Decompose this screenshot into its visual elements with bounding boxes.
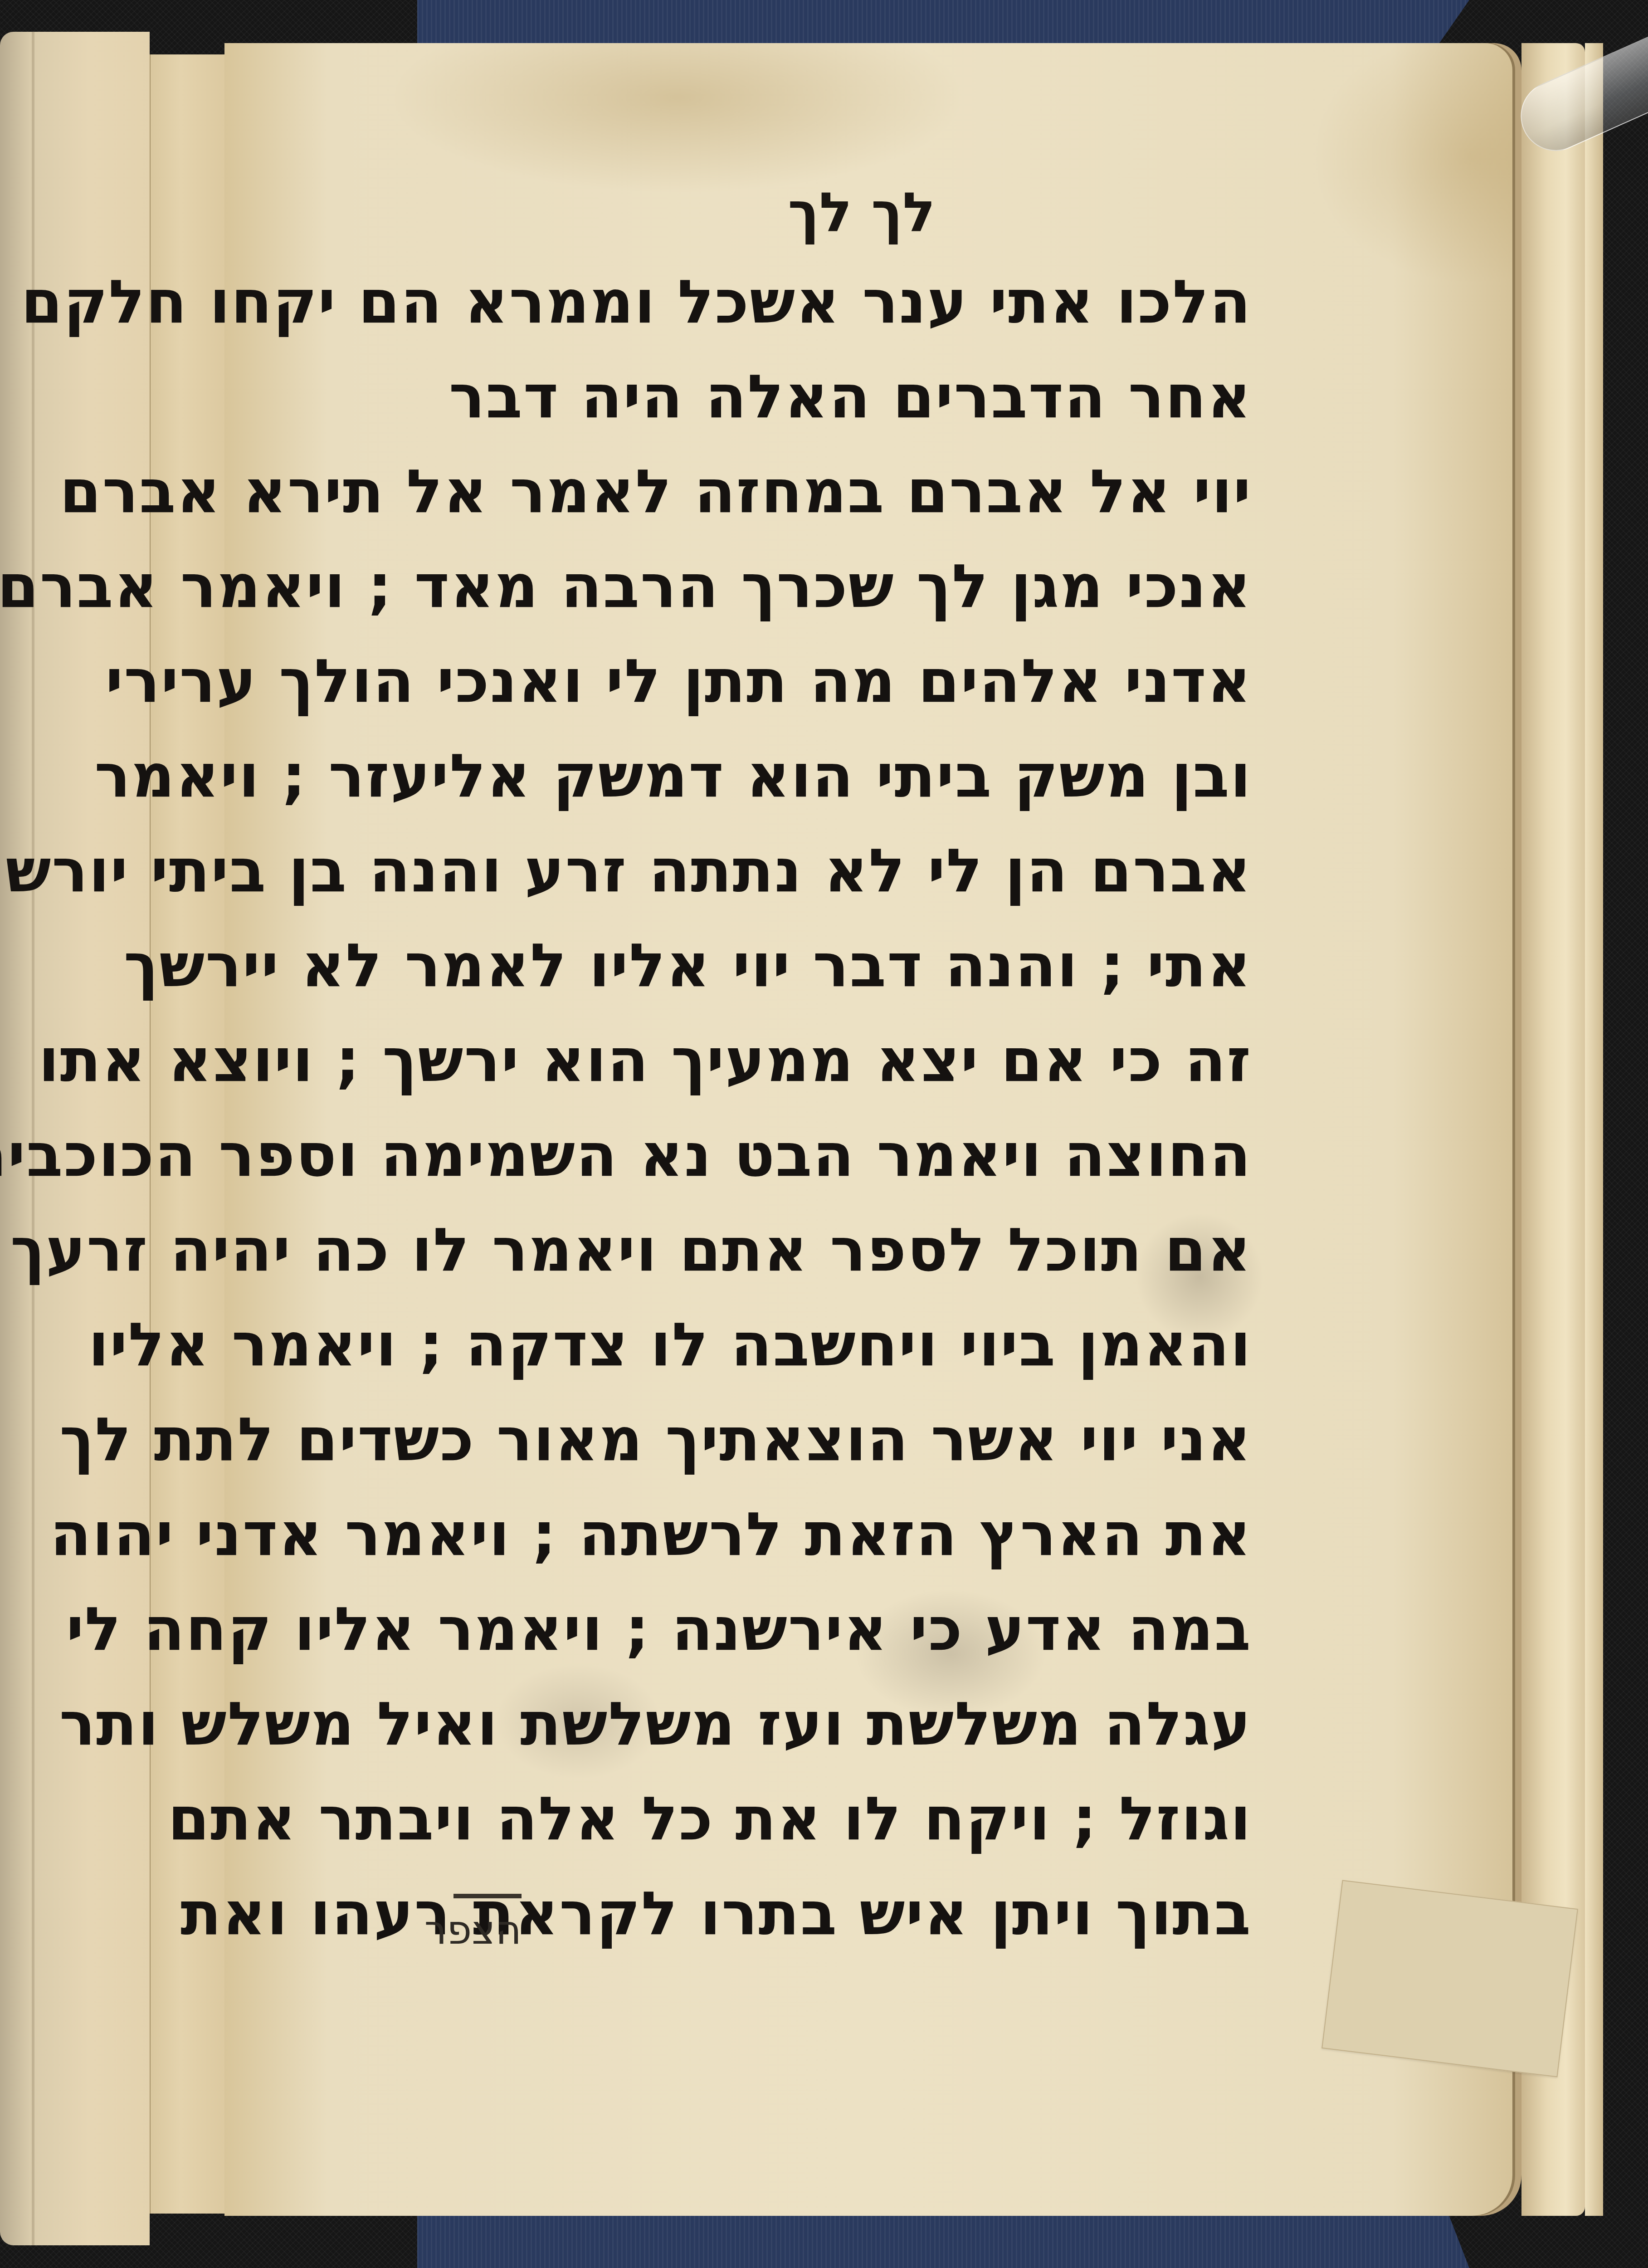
text-line: בתוך ויתן איש בתרו לקראת רעהו ואת (268, 1866, 1252, 1960)
paper-repair-patch (1321, 1880, 1578, 2077)
text-line: עגלה משלשת ועז משלשת ואיל משלש ותר (268, 1676, 1252, 1771)
text-line: זה כי אם יצא ממעיך הוא ירשך ; ויוצא אתו (268, 1012, 1252, 1107)
text-line: אתי ; והנה דבר יוי אליו לאמר לא יירשך (268, 918, 1252, 1012)
text-line: במה אדע כי אירשנה ; ויאמר אליו קחה לי (268, 1581, 1252, 1676)
text-line: את הארץ הזאת לרשתה ; ויאמר אדני יהוה (268, 1486, 1252, 1581)
running-head: לך לך (771, 181, 952, 244)
text-line: החוצה ויאמר הבט נא השמימה וספר הכוכבים (268, 1107, 1252, 1202)
text-line: אברם הן לי לא נתתה זרע והנה בן ביתי יורש (268, 823, 1252, 918)
text-line: אני יוי אשר הוצאתיך מאור כשדים לתת לך (268, 1392, 1252, 1486)
text-line: הלכו אתי ענר אשכל וממרא הם יקחו חלקם ; (268, 254, 1252, 349)
blue-binding-band-bottom (417, 2214, 1469, 2268)
page-edge-stack (1521, 43, 1585, 2216)
text-block: הלכו אתי ענר אשכל וממרא הם יקחו חלקם ; א… (268, 254, 1252, 1960)
catchword: הצפר (453, 1894, 522, 1953)
text-line: יוי אל אברם במחזה לאמר אל תירא אברם (268, 444, 1252, 538)
blue-binding-band-top (417, 0, 1469, 45)
text-line: אדני אלהים מה תתן לי ואנכי הולך ערירי (268, 633, 1252, 728)
text-line: ובן משק ביתי הוא דמשק אליעזר ; ויאמר (268, 728, 1252, 823)
text-line: וגוזל ; ויקח לו את כל אלה ויבתר אתם (268, 1771, 1252, 1866)
text-line: אנכי מגן לך שכרך הרבה מאד ; ויאמר אברם (268, 538, 1252, 633)
text-line: והאמן ביוי ויחשבה לו צדקה ; ויאמר אליו (268, 1297, 1252, 1392)
text-line: אם תוכל לספר אתם ויאמר לו כה יהיה זרעך ; (268, 1202, 1252, 1297)
text-line: אחר הדברים האלה היה דבר (268, 349, 1252, 444)
